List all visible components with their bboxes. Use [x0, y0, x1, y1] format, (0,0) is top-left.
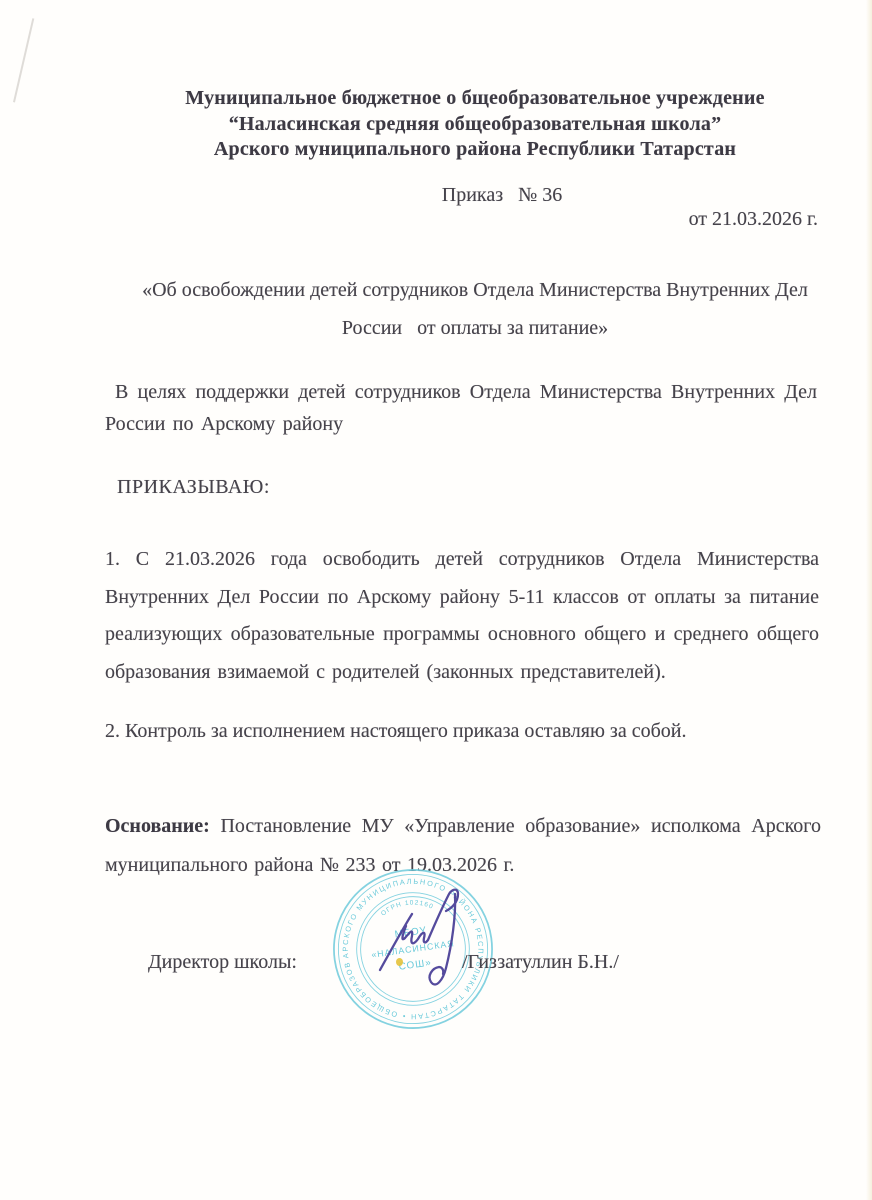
command-word: ПРИКАЗЫВАЮ: [117, 476, 270, 499]
scan-artifact-line [13, 18, 34, 102]
order-item-1: 1. С 21.03.2026 года освободить детей со… [105, 541, 819, 691]
order-title: «Об освобождении детей сотрудников Отдел… [90, 271, 860, 347]
order-title-line1: «Об освобождении детей сотрудников Отдел… [90, 271, 860, 309]
director-name: /Гиззатуллин Б.Н./ [462, 951, 619, 974]
document-page: Муниципальное бюджетное о бщеобразовател… [0, 0, 872, 1200]
letterhead: Муниципальное бюджетное о бщеобразовател… [90, 86, 860, 163]
signature-ink [372, 886, 480, 1004]
intro-paragraph: В целях поддержки детей сотрудников Отде… [105, 376, 817, 440]
yellow-ink-dot [396, 958, 403, 966]
basis-label: Основание: [105, 815, 210, 837]
order-item-2: 2. Контроль за исполнением настоящего пр… [105, 720, 819, 743]
org-name-line2: “Наласинская средняя общеобразовательная… [90, 112, 860, 138]
scan-edge-tint [866, 0, 872, 1200]
order-date: от 21.03.2026 г. [689, 208, 818, 231]
org-name-line3: Арского муниципального района Республики… [90, 137, 860, 163]
order-title-line2: России от оплаты за питание» [90, 309, 860, 347]
order-number: Приказ № 36 [132, 184, 872, 207]
director-role-label: Директор школы: [148, 951, 297, 974]
org-name-line1: Муниципальное бюджетное о бщеобразовател… [90, 86, 860, 112]
